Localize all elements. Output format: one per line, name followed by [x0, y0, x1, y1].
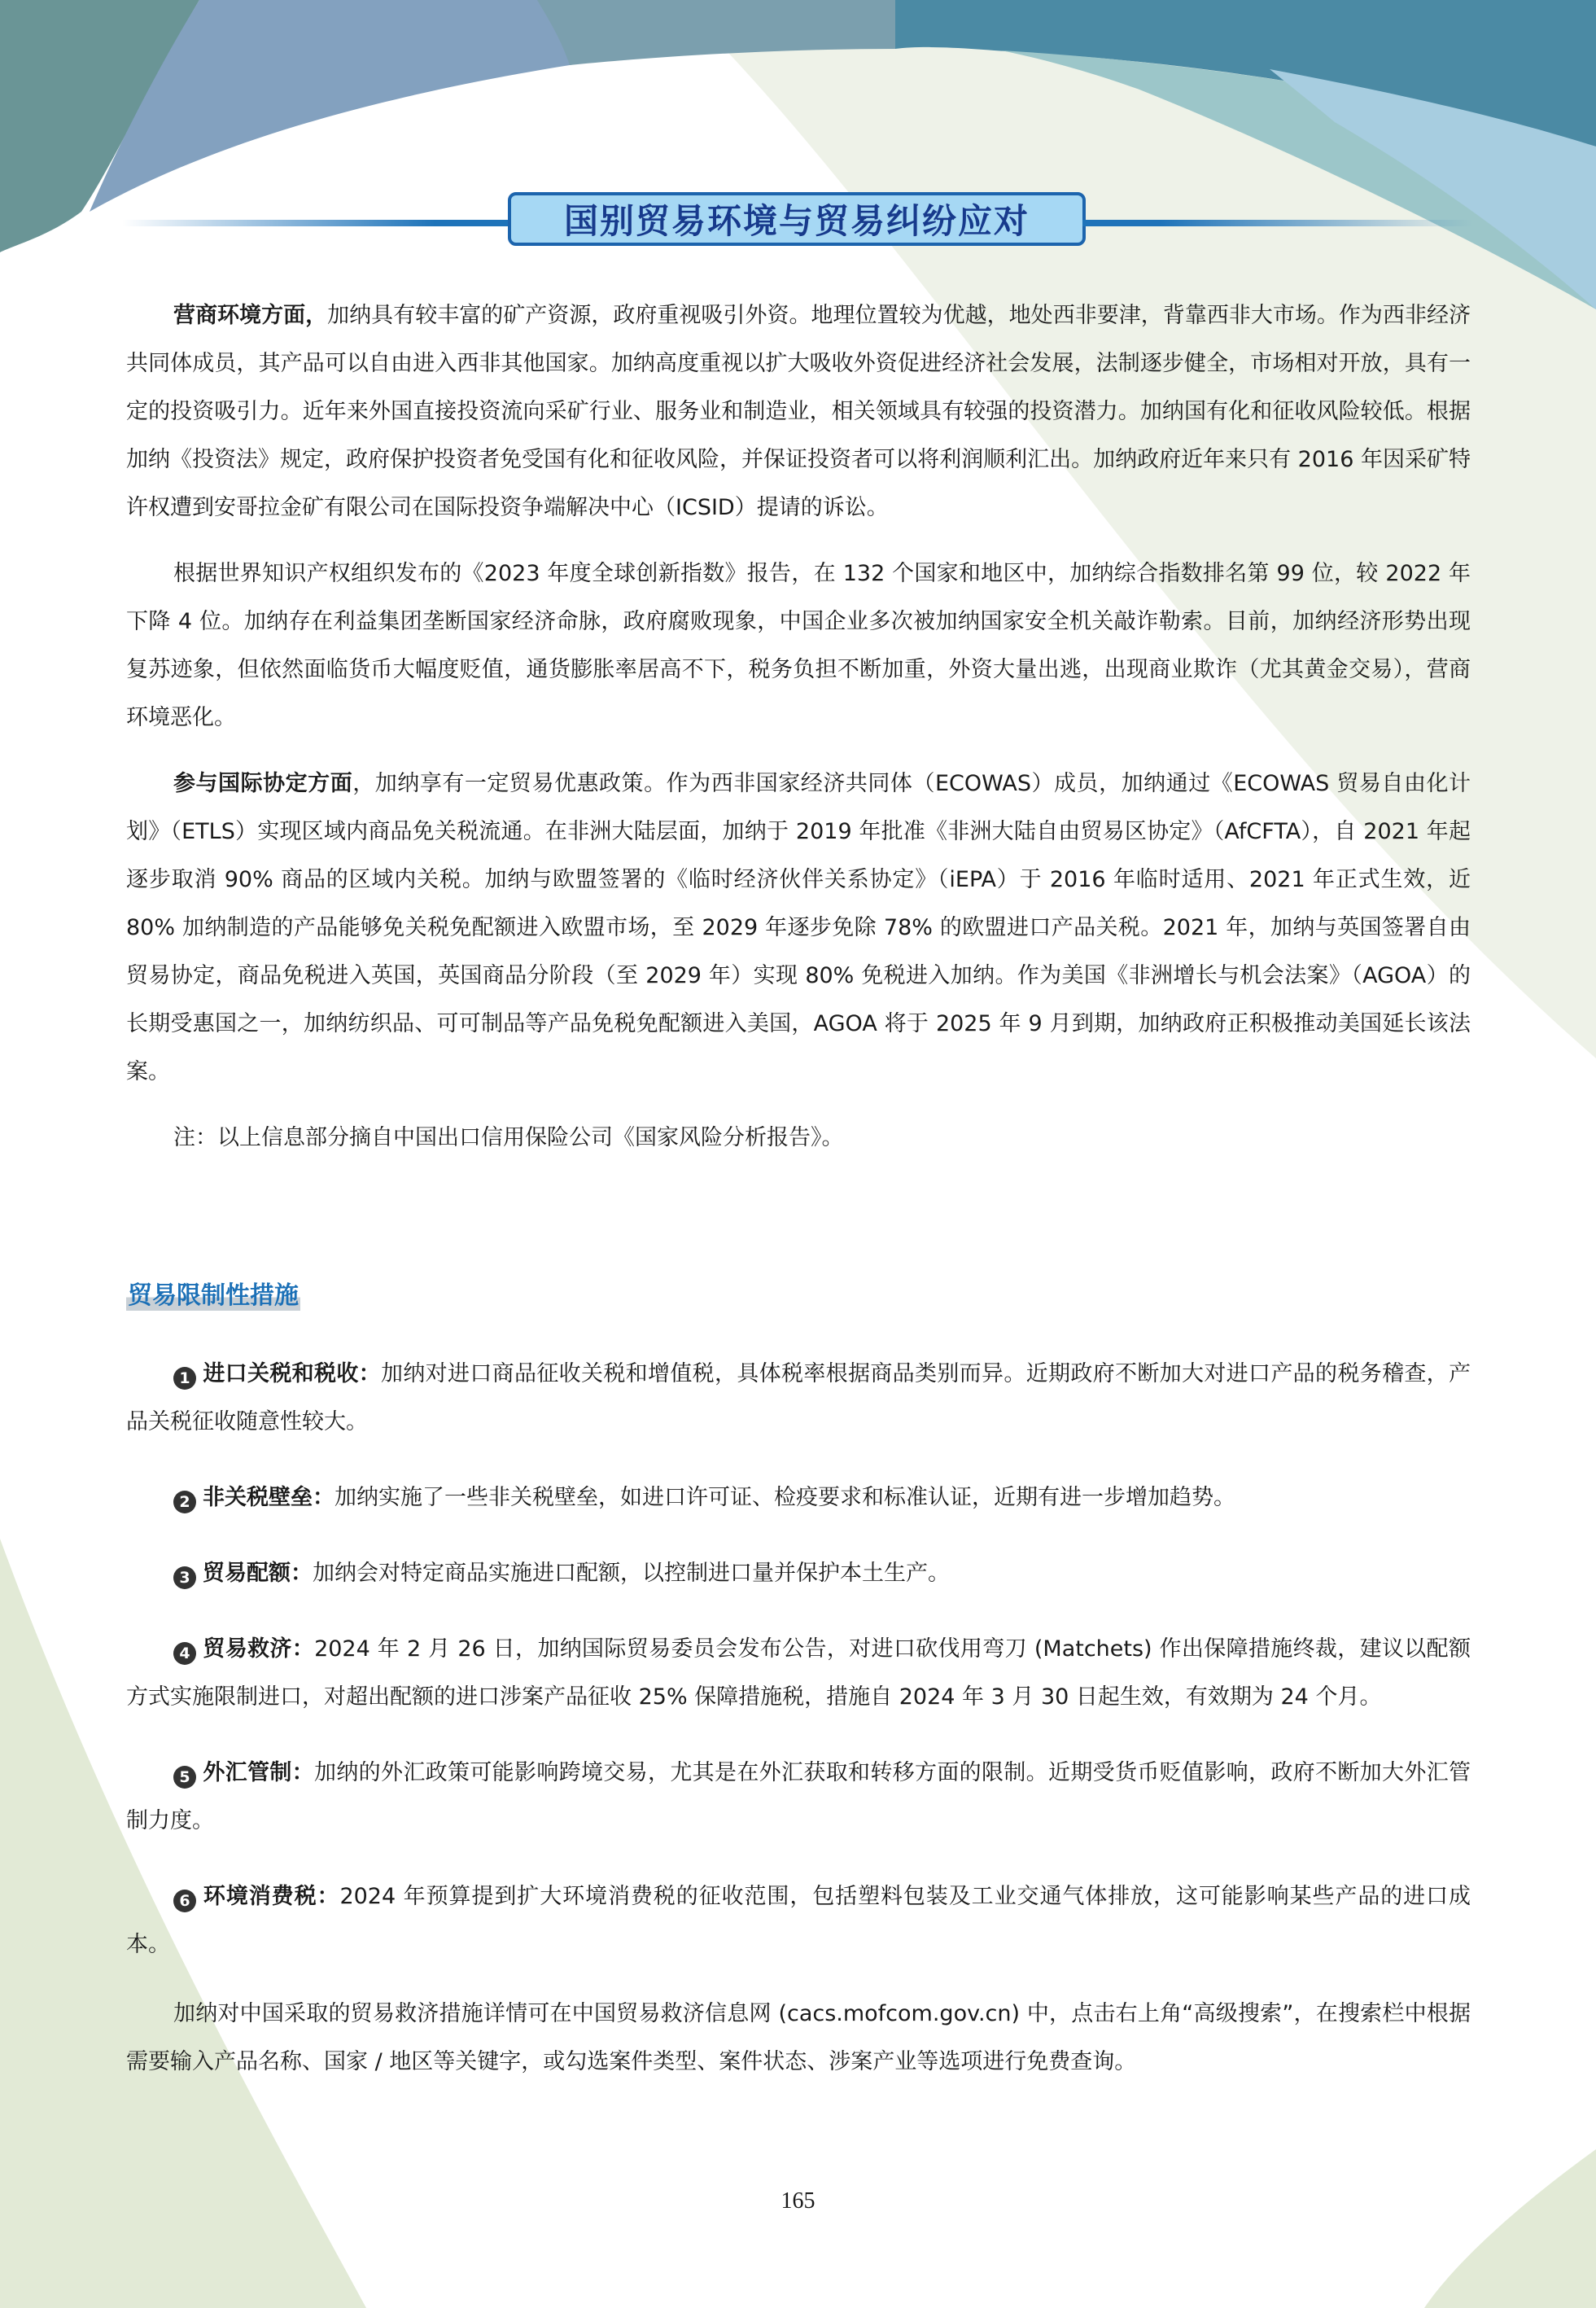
item-label: 贸易配额： — [203, 1561, 313, 1586]
section-heading-trade-restrictions: 贸易限制性措施 — [126, 1275, 300, 1311]
item-label: 环境消费税： — [203, 1884, 339, 1909]
item-text: 加纳实施了一些非关税壁垒，如进口许可证、检疫要求和标准认证，近期有进一步增加趋势… — [335, 1485, 1235, 1510]
list-item-forex-control: 5外汇管制：加纳的外汇政策可能影响跨境交易，尤其是在外汇获取和转移方面的限制。近… — [126, 1749, 1471, 1845]
number-badge-icon: 6 — [173, 1890, 196, 1912]
paragraph-lead: 营商环境方面， — [173, 303, 327, 328]
list-item-environmental-excise: 6环境消费税：2024 年预算提到扩大环境消费税的征收范围，包括塑料包装及工业交… — [126, 1872, 1471, 1969]
item-text: 2024 年 2 月 26 日，加纳国际贸易委员会发布公告，对进口砍伐用弯刀 (… — [126, 1636, 1471, 1710]
paragraph-text: ，加纳享有一定贸易优惠政策。作为西非国家经济共同体（ECOWAS）成员，加纳通过… — [126, 771, 1471, 1084]
number-badge-icon: 1 — [173, 1367, 196, 1390]
number-badge-icon: 3 — [173, 1566, 196, 1589]
page-number: 165 — [0, 2188, 1596, 2214]
paragraph-international-agreements: 参与国际协定方面，加纳享有一定贸易优惠政策。作为西非国家经济共同体（ECOWAS… — [126, 760, 1471, 1096]
item-label: 进口关税和税收： — [203, 1361, 381, 1386]
item-text: 加纳的外汇政策可能影响跨境交易，尤其是在外汇获取和转移方面的限制。近期受货币贬值… — [126, 1760, 1471, 1833]
paragraph-text: 加纳具有较丰富的矿产资源，政府重视吸引外资。地理位置较为优越，地处西非要津，背靠… — [126, 303, 1471, 520]
title-line-right — [1082, 220, 1473, 226]
trade-restrictions-list: 1进口关税和税收：加纳对进口商品征收关税和增值税，具体税率根据商品类别而异。近期… — [126, 1350, 1471, 1996]
page-title: 国别贸易环境与贸易纠纷应对 — [564, 195, 1030, 243]
list-item-trade-quotas: 3贸易配额：加纳会对特定商品实施进口配额，以控制进口量并保护本土生产。 — [126, 1549, 1471, 1597]
closing-paragraph: 加纳对中国采取的贸易救济措施详情可在中国贸易救济信息网 (cacs.mofcom… — [126, 1990, 1471, 2086]
document-page: 国别贸易环境与贸易纠纷应对 营商环境方面，加纳具有较丰富的矿产资源，政府重视吸引… — [0, 0, 1596, 2308]
item-label: 贸易救济： — [203, 1636, 314, 1662]
number-badge-icon: 4 — [173, 1642, 196, 1665]
title-box: 国别贸易环境与贸易纠纷应对 — [508, 192, 1086, 246]
list-item-non-tariff-barriers: 2非关税壁垒：加纳实施了一些非关税壁垒，如进口许可证、检疫要求和标准认证，近期有… — [126, 1474, 1471, 1522]
number-badge-icon: 5 — [173, 1766, 196, 1789]
list-item-trade-remedies: 4贸易救济：2024 年 2 月 26 日，加纳国际贸易委员会发布公告，对进口砍… — [126, 1625, 1471, 1721]
list-item-import-tariffs: 1进口关税和税收：加纳对进口商品征收关税和增值税，具体税率根据商品类别而异。近期… — [126, 1350, 1471, 1446]
item-text: 加纳会对特定商品实施进口配额，以控制进口量并保护本土生产。 — [313, 1561, 950, 1586]
paragraph-innovation-index: 根据世界知识产权组织发布的《2023 年度全球创新指数》报告，在 132 个国家… — [126, 550, 1471, 742]
paragraph-text: 根据世界知识产权组织发布的《2023 年度全球创新指数》报告，在 132 个国家… — [126, 561, 1471, 730]
source-note: 注：以上信息部分摘自中国出口信用保险公司《国家风险分析报告》。 — [126, 1114, 1471, 1162]
number-badge-icon: 2 — [173, 1491, 196, 1513]
item-label: 非关税壁垒： — [203, 1485, 335, 1510]
paragraph-lead: 参与国际协定方面 — [173, 771, 352, 796]
title-banner: 国别贸易环境与贸易纠纷应对 — [122, 192, 1473, 252]
item-label: 外汇管制： — [203, 1760, 314, 1785]
paragraph-business-environment: 营商环境方面，加纳具有较丰富的矿产资源，政府重视吸引外资。地理位置较为优越，地处… — [126, 291, 1471, 532]
title-line-left — [122, 220, 513, 226]
main-content: 营商环境方面，加纳具有较丰富的矿产资源，政府重视吸引外资。地理位置较为优越，地处… — [126, 291, 1471, 1162]
